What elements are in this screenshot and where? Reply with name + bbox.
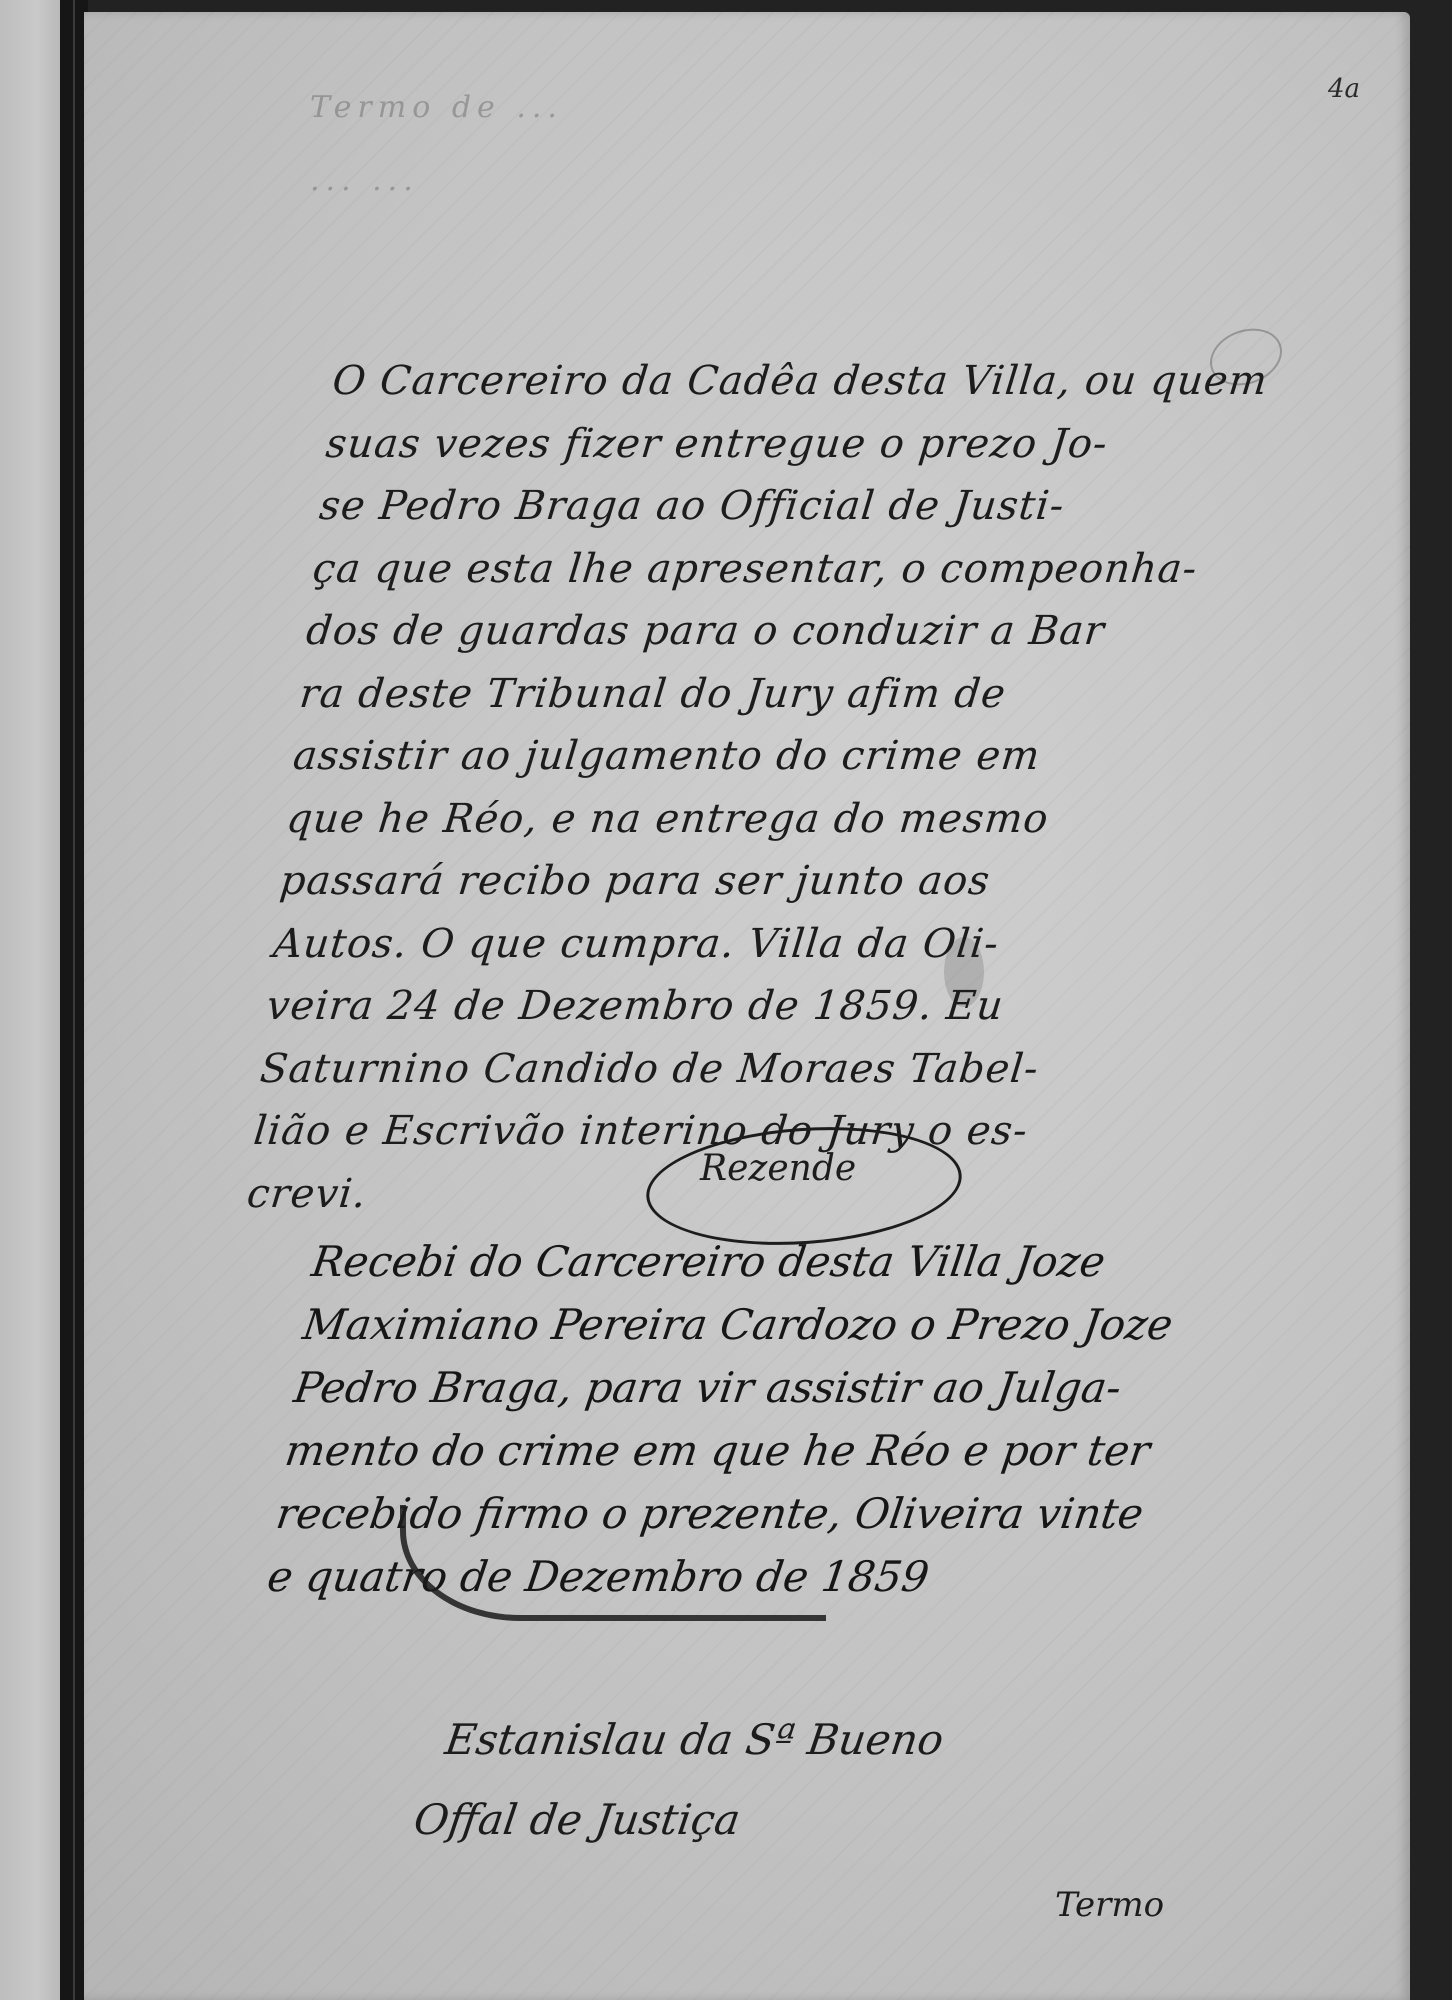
ink-flourish bbox=[400, 1505, 826, 1621]
text-line: suas vezes fizer entregue o prezo Jo- bbox=[323, 413, 1110, 476]
text-line: que he Réo, e na entrega do mesmo bbox=[283, 788, 1070, 851]
previous-page-edge bbox=[0, 0, 62, 2000]
text-line: Pedro Braga, para vir assistir ao Julga- bbox=[290, 1356, 1119, 1419]
catchword: Termo bbox=[1055, 1885, 1164, 1925]
text-line: veira 24 de Dezembro de 1859. Eu bbox=[264, 975, 1051, 1038]
binding-line bbox=[73, 0, 75, 2000]
bleed-line: Termo de ... bbox=[310, 90, 563, 125]
bleed-through-text: Termo de ... ... ... bbox=[310, 90, 563, 236]
text-line: ça que esta lhe apresentar, o compeonha- bbox=[310, 538, 1097, 601]
text-line: ra deste Tribunal do Jury afim de bbox=[297, 663, 1084, 726]
order-text: O Carcereiro da Cadêa desta Villa, ou qu… bbox=[244, 350, 1116, 1225]
folio-number: 4a bbox=[1328, 74, 1360, 104]
text-line: se Pedro Braga ao Official de Justi- bbox=[316, 475, 1103, 538]
text-line: mento do crime em que he Réo e por ter bbox=[281, 1419, 1110, 1482]
text-line: Autos. O que cumpra. Villa da Oli- bbox=[270, 913, 1057, 976]
signature-name: Estanislau da Sª Bueno bbox=[440, 1700, 949, 1780]
text-line: Recebi do Carcereiro desta Villa Joze bbox=[308, 1230, 1137, 1293]
bleed-line: ... ... bbox=[310, 163, 563, 198]
text-line: Saturnino Candido de Moraes Tabel- bbox=[257, 1038, 1044, 1101]
text-line: O Carcereiro da Cadêa desta Villa, ou qu… bbox=[329, 350, 1116, 413]
rubric-signature: Rezende bbox=[700, 1148, 856, 1189]
text-line: Maximiano Pereira Cardozo o Prezo Joze bbox=[299, 1293, 1128, 1356]
text-line: passará recibo para ser junto aos bbox=[277, 850, 1064, 913]
signature-title: Offal de Justiça bbox=[409, 1780, 938, 1860]
text-line: assistir ao julgamento do crime em bbox=[290, 725, 1077, 788]
text-line: dos de guardas para o conduzir a Bar bbox=[303, 600, 1090, 663]
signature-block: Estanislau da Sª Bueno Offal de Justiça bbox=[429, 1700, 949, 1860]
